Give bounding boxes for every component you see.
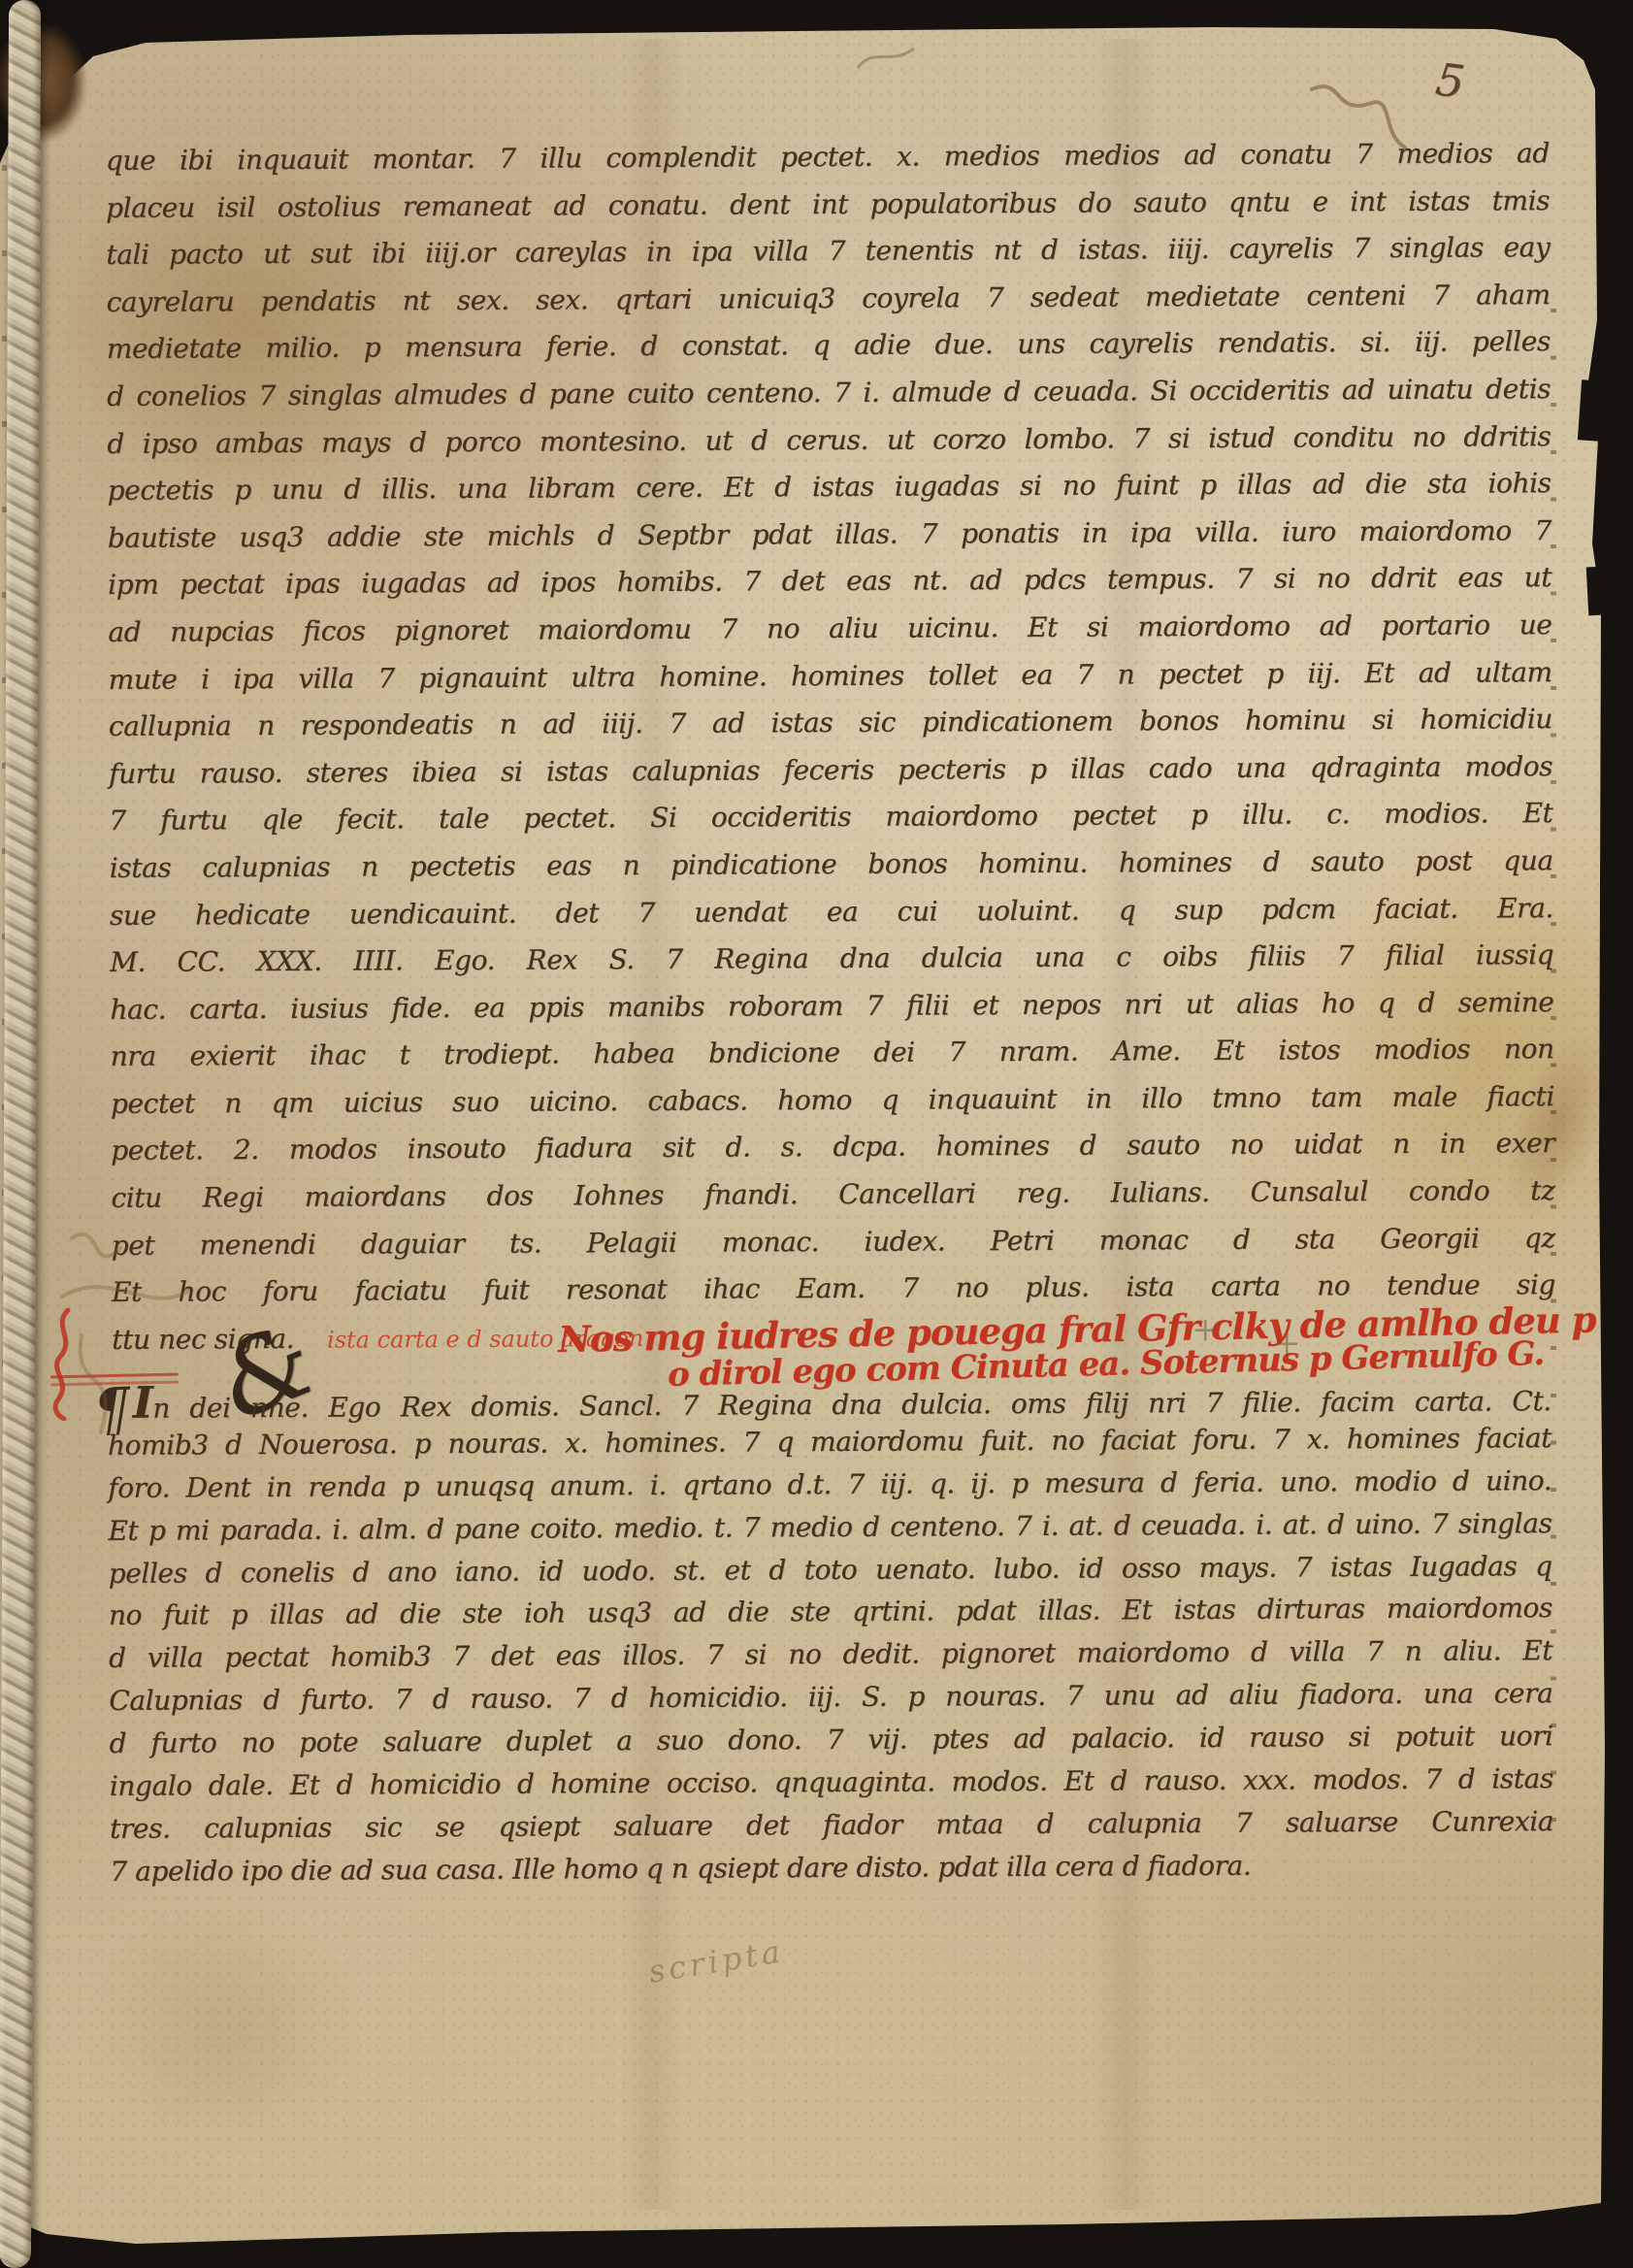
manuscript-scan: { "folio": { "number": "5" }, "colors": …: [0, 0, 1633, 2268]
text-line: d ipso ambas mays d porco montesino. ut …: [107, 413, 1551, 468]
top-margin-scribble: [852, 39, 920, 78]
text-line: hac. carta. iusius fide. ea ppis manibs …: [110, 979, 1553, 1034]
text-line: 7 furtu qle fecit. tale pectet. Si occid…: [109, 790, 1552, 844]
text-line: cayrelaru pendatis nt sex. sex. qrtari u…: [106, 272, 1550, 326]
text-line: sue hedicate uendicauint. det 7 uendat e…: [110, 885, 1553, 939]
pricking-marks-right: [1551, 309, 1556, 1842]
text-line: placeu isil ostolius remaneat ad conatu.…: [106, 178, 1550, 232]
red-margin-flourish: [39, 1306, 89, 1421]
text-line: que ibi inquauit montar. 7 illu complend…: [106, 130, 1550, 184]
text-line: pet menendi daguiar ts. Pelagii monac. i…: [112, 1215, 1555, 1269]
page-edge-notch: [1586, 567, 1607, 616]
text-line: furtu rauso. steres ibiea si istas calup…: [109, 743, 1552, 798]
text-line: d conelios 7 singlas almudes d pane cuit…: [107, 366, 1551, 420]
text-line: pectet. 2. modos insouto fiadura sit d. …: [111, 1121, 1554, 1175]
text-line: M. CC. XXX. IIII. Ego. Rex S. 7 Regina d…: [110, 932, 1553, 986]
text-line: bautiste usq3 addie ste michls d Septbr …: [108, 508, 1551, 562]
text-line: d furto no pote saluare duplet a suo don…: [109, 1715, 1552, 1765]
text-line: d villa pectat homib3 7 det eas illos. 7…: [109, 1629, 1552, 1680]
text-line: ipm pectat ipas iugadas ad ipos homibs. …: [108, 554, 1551, 608]
folio-number: 5: [1433, 52, 1468, 108]
text-line: callupnia n respondeatis n ad iiij. 7 ad…: [109, 696, 1552, 750]
text-line: tres. calupnias sic se qsiept saluare de…: [110, 1800, 1553, 1851]
text-line: no fuit p illas ad die ste ioh usq3 ad d…: [109, 1588, 1552, 1638]
faint-bottom-note: scripta: [646, 1932, 787, 1989]
text-line: pectet n qm uicius suo uicino. cabacs. h…: [111, 1073, 1554, 1128]
text-line: citu Regi maiordans dos Iohnes fnandi. C…: [111, 1167, 1554, 1222]
text-block-upper: que ibi inquauit montar. 7 illu complend…: [106, 130, 1556, 1364]
text-line: foro. Dent in renda p unuqsq anum. i. qr…: [108, 1460, 1551, 1510]
text-line: nra exierit ihac t trodiept. habea bndic…: [111, 1026, 1554, 1080]
page-edge-notch: [1578, 379, 1603, 441]
text-line: ingalo dale. Et d homicidio d homine occ…: [110, 1758, 1553, 1808]
text-line: tali pacto ut sut ibi iiij.or careylas i…: [106, 224, 1550, 279]
text-line: medietate milio. p mensura ferie. d cons…: [107, 318, 1551, 373]
text-line: Calupnias d furto. 7 d rauso. 7 d homici…: [109, 1672, 1552, 1723]
text-line: mute i ipa villa 7 pignauint ultra homin…: [109, 649, 1552, 704]
text-line: Et p mi parada. i. alm. d pane coito. me…: [108, 1502, 1551, 1553]
text-line: In dei nne. Ego Rex domis. Sancl. 7 Regi…: [108, 1374, 1551, 1425]
faint-cross-mark: +: [1192, 1310, 1220, 1349]
text-line: 7 apelido ipo die ad sua casa. Ille homo…: [110, 1843, 1553, 1893]
text-line: homib3 d Nouerosa. p nouras. x. homines.…: [108, 1417, 1551, 1467]
text-line: pelles d conelis d ano iano. id uodo. st…: [109, 1545, 1552, 1595]
faint-cross-mark: +: [1273, 1324, 1301, 1363]
stain-bottom-left: [19, 1844, 427, 2213]
text-block-lower: In dei nne. Ego Rex domis. Sancl. 7 Regi…: [108, 1374, 1554, 1892]
text-line: istas calupnias n pectetis eas n pindica…: [110, 838, 1553, 892]
text-line: pectetis p unu d illis. una libram cere.…: [107, 460, 1551, 514]
text-line: ad nupcias ficos pignoret maiordomu 7 no…: [108, 602, 1551, 656]
parchment-page: 5 que ibi inquauit montar. 7 illu comple…: [0, 0, 1633, 2268]
